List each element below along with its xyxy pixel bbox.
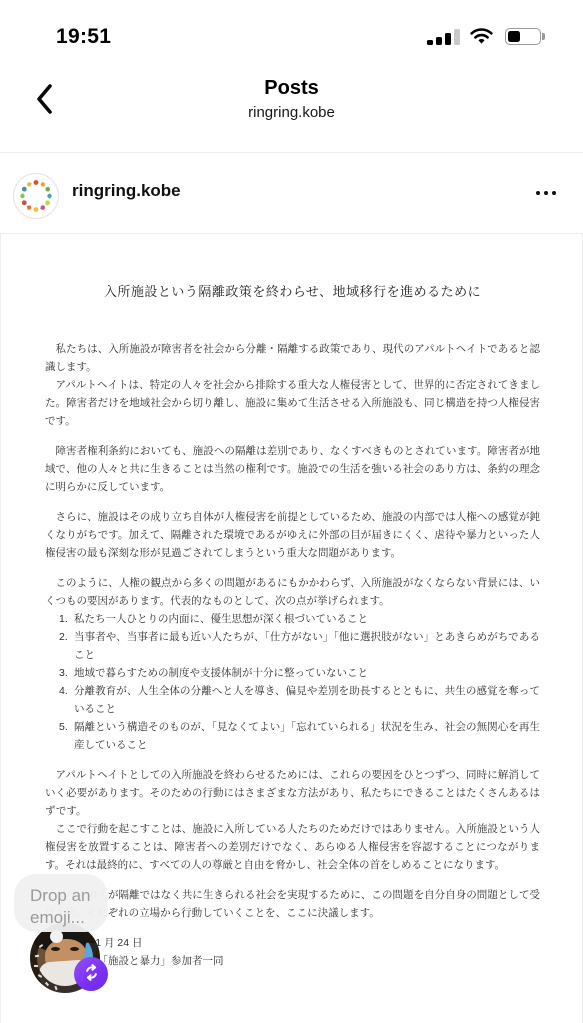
page-title: Posts	[0, 77, 583, 100]
drop-emoji-label: Drop an emoji...	[30, 886, 90, 927]
document-block: このように、人権の観点から多くの問題があるにもかかわらず、入所施設がなくならない…	[45, 574, 540, 754]
clock: 19:51	[56, 25, 111, 49]
status-bar: 19:51	[0, 0, 583, 60]
document-block: さらに、施設はその成り立ち自体が人権侵害を前提としているため、施設の内部では人権…	[45, 508, 540, 562]
bubble-tail-dot	[50, 930, 63, 943]
doc-paragraph: 私たちは、入所施設が障害者を社会から分離・隔離する政策であり、現代のアパルトヘイ…	[45, 340, 540, 376]
drop-emoji-bubble[interactable]: Drop an emoji...	[14, 874, 108, 932]
more-options-button[interactable]	[529, 175, 569, 211]
doc-list-item: 隔離という構造そのものが、「見なくてよい」「忘れていられる」状況を生み、社会の無…	[59, 718, 540, 754]
battery-icon	[505, 28, 541, 45]
document-title: 入所施設という隔離政策を終わらせ、地域移行を進めるために	[45, 281, 540, 300]
document-block: 私たちは、入所施設が障害者を社会から分離・隔離する政策であり、現代のアパルトヘイ…	[45, 340, 540, 430]
screen: 19:51 Posts ringring.kobe	[0, 0, 583, 1023]
doc-paragraph: アパルトヘイトとしての入所施設を終わらせるためには、これらの要因をひとつずつ、同…	[45, 766, 540, 820]
nav-bar: Posts ringring.kobe	[0, 60, 583, 152]
doc-paragraph: ここで行動を起こすことは、施設に入所している人たちのためだけではありません。入所…	[45, 820, 540, 874]
doc-paragraph: 障害者権利条約においても、施設への隔離は差別であり、なくすべきものとされています…	[45, 442, 540, 496]
doc-paragraph: このように、人権の観点から多くの問題があるにもかかわらず、入所施設がなくならない…	[45, 574, 540, 610]
doc-list-item: 当事者や、当事者に最も近い人たちが、「仕方がない」「他に選択肢がない」とあきらめ…	[59, 628, 540, 664]
document-block: 障害者権利条約においても、施設への隔離は差別であり、なくすべきものとされています…	[45, 442, 540, 496]
doc-list-item: 地域で暮らすための制度や支援体制が十分に整っていないこと	[59, 664, 540, 682]
page-subtitle: ringring.kobe	[0, 104, 583, 121]
doc-paragraph: すべての人が隔離ではなく共に生きられる社会を実現するために、この問題を自分自身の…	[45, 886, 540, 922]
doc-signature: 緊急集会「施設と暴力」参加者一同	[45, 952, 540, 970]
document-block: アパルトヘイトとしての入所施設を終わらせるためには、これらの要因をひとつずつ、同…	[45, 766, 540, 874]
doc-list-item: 分離教育が、人生全体の分離へと人を導き、偏見や差別を助長するとともに、共生の感覚…	[59, 682, 540, 718]
cellular-signal-icon	[427, 29, 462, 45]
repeat-arrows-icon	[82, 963, 101, 985]
username-link[interactable]: ringring.kobe	[72, 181, 181, 201]
doc-numbered-list: 私たち一人ひとりの内面に、優生思想が深く根づいていること 当事者や、当事者に最も…	[45, 610, 540, 754]
doc-list-item: 私たち一人ひとりの内面に、優生思想が深く根づいていること	[59, 610, 540, 628]
post-header: ringring.kobe	[0, 153, 583, 233]
document-block: すべての人が隔離ではなく共に生きられる社会を実現するために、この問題を自分自身の…	[45, 886, 540, 922]
emoji-shuffle-button[interactable]	[74, 957, 108, 991]
doc-date: 2026 年 1 月 24 日	[45, 934, 540, 952]
doc-paragraph: さらに、施設はその成り立ち自体が人権侵害を前提としているため、施設の内部では人権…	[45, 508, 540, 562]
wifi-icon	[469, 28, 494, 51]
doc-paragraph: アパルトヘイトは、特定の人々を社会から排除する重大な人権侵害として、世界的に否定…	[45, 376, 540, 430]
profile-avatar[interactable]	[13, 173, 59, 219]
